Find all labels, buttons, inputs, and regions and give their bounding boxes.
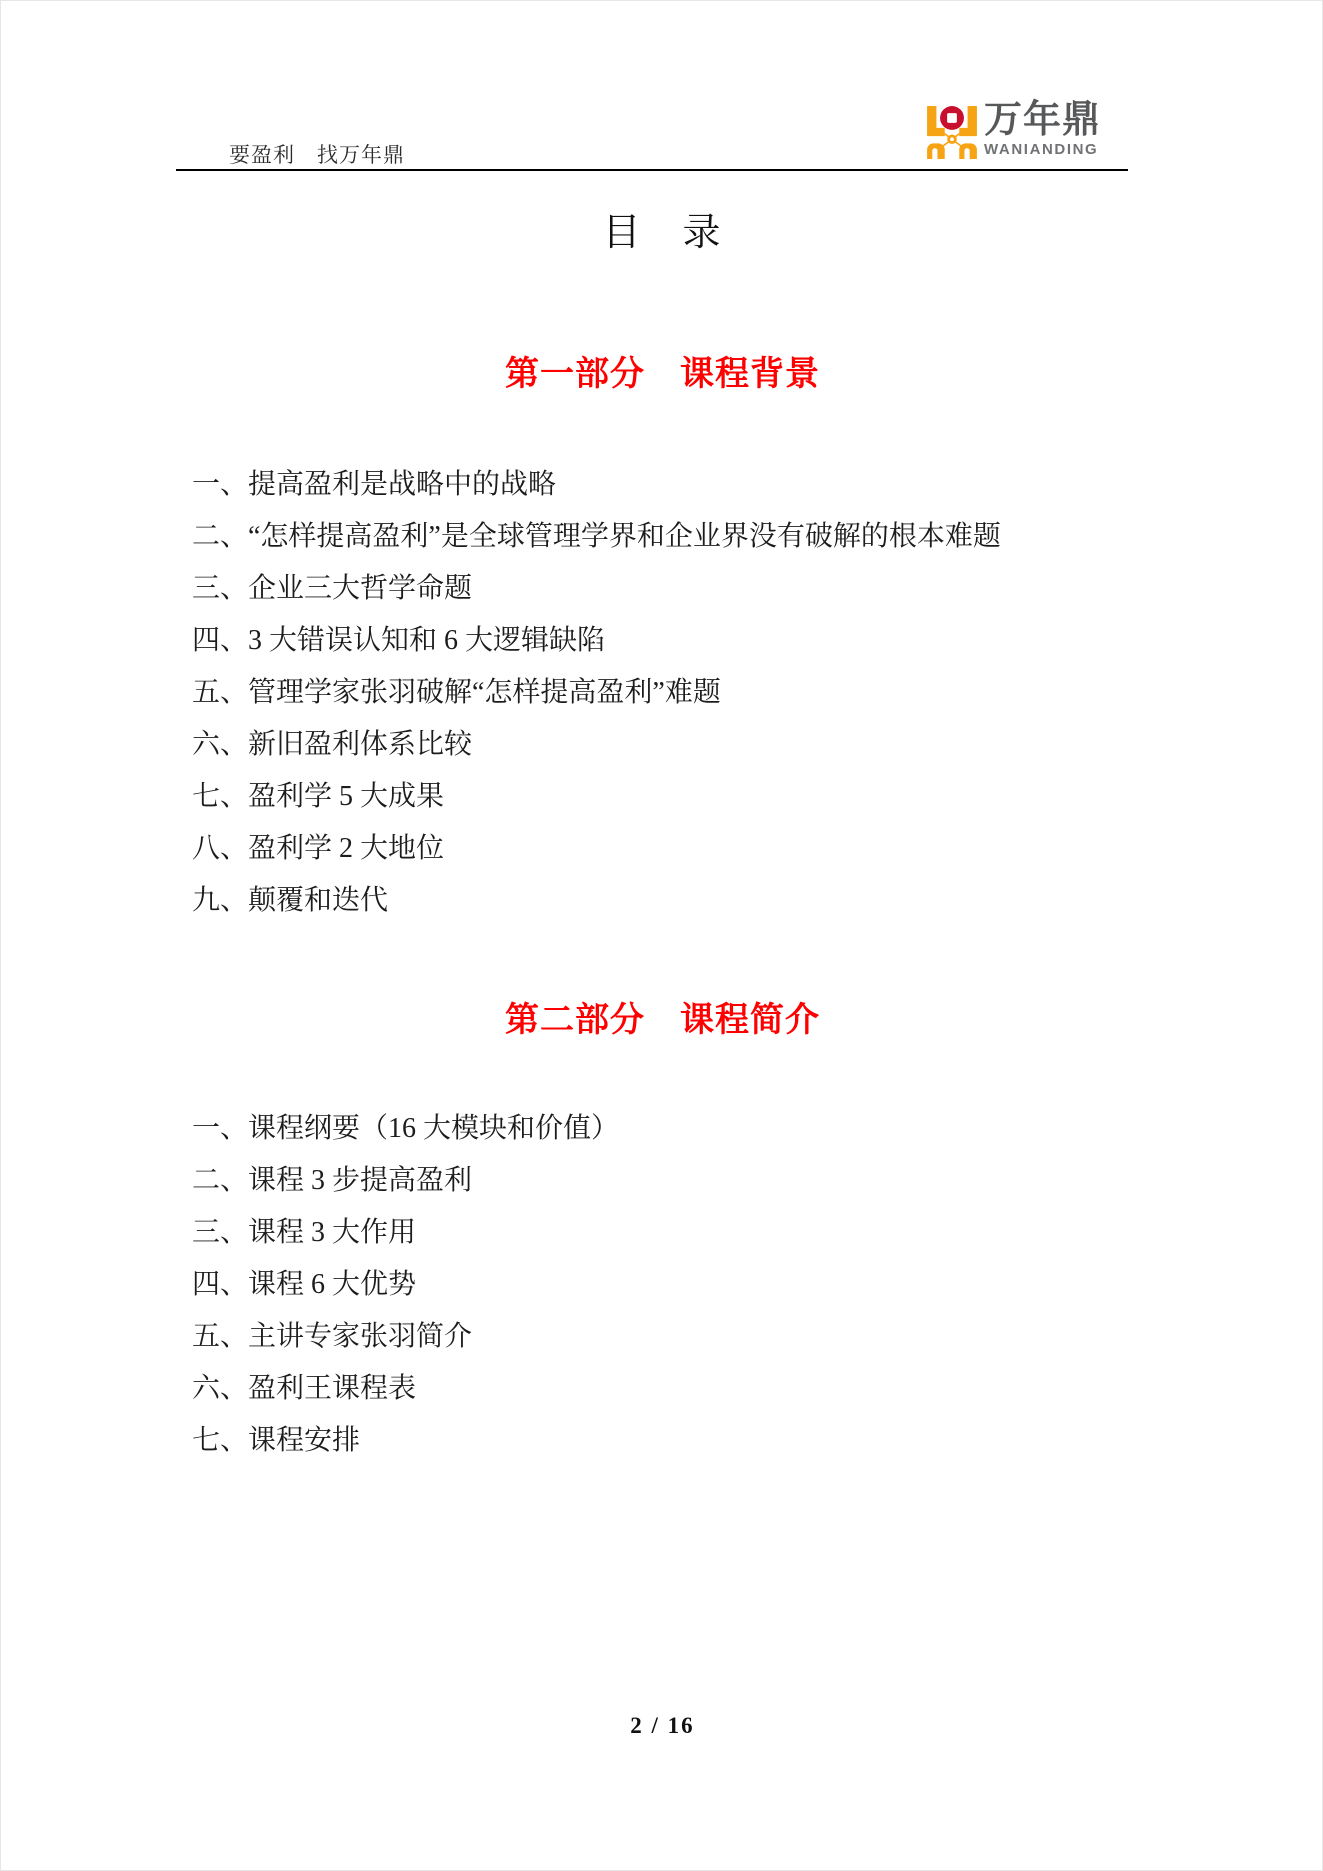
toc-item: 七、课程安排	[192, 1412, 619, 1464]
toc-item: 八、盈利学 2 大地位	[192, 820, 1001, 872]
toc-item: 四、3 大错误认知和 6 大逻辑缺陷	[192, 612, 1001, 664]
section-2-heading: 第二部分 课程简介	[1, 992, 1323, 1041]
page-title: 目 录	[1, 201, 1323, 256]
toc-item: 一、提高盈利是战略中的战略	[192, 456, 1001, 508]
toc-item: 七、盈利学 5 大成果	[192, 768, 1001, 820]
page-number: 2 / 16	[1, 1713, 1323, 1739]
toc-item: 六、盈利王课程表	[192, 1360, 619, 1412]
toc-item: 六、新旧盈利体系比较	[192, 716, 1001, 768]
toc-item: 三、课程 3 大作用	[192, 1204, 619, 1256]
toc-item: 五、管理学家张羽破解“怎样提高盈利”难题	[192, 664, 1001, 716]
toc-section-1-list: 一、提高盈利是战略中的战略 二、“怎样提高盈利”是全球管理学界和企业界没有破解的…	[192, 456, 1001, 924]
logo-company-name: 万年鼎	[984, 101, 1101, 139]
toc-item: 二、课程 3 步提高盈利	[192, 1152, 619, 1204]
wanianding-logo-icon	[925, 105, 979, 159]
logo-text: 万年鼎 WANIANDING	[984, 101, 1101, 157]
toc-item: 九、颠覆和迭代	[192, 872, 1001, 924]
toc-item: 四、课程 6 大优势	[192, 1256, 619, 1308]
toc-item: 二、“怎样提高盈利”是全球管理学界和企业界没有破解的根本难题	[192, 508, 1001, 560]
toc-item: 一、课程纲要（16 大模块和价值）	[192, 1100, 619, 1152]
logo-company-subtitle: WANIANDING	[984, 142, 1101, 157]
document-page: 要盈利 找万年鼎 万年鼎 WANIANDING	[0, 0, 1323, 1871]
header-tagline: 要盈利 找万年鼎	[229, 139, 405, 169]
toc-section-2-list: 一、课程纲要（16 大模块和价值） 二、课程 3 步提高盈利 三、课程 3 大作…	[192, 1100, 619, 1464]
toc-item: 五、主讲专家张羽简介	[192, 1308, 619, 1360]
section-1-heading: 第一部分 课程背景	[1, 346, 1323, 395]
toc-item: 三、企业三大哲学命题	[192, 560, 1001, 612]
company-logo: 万年鼎 WANIANDING	[925, 101, 1101, 159]
header-divider	[176, 169, 1128, 171]
